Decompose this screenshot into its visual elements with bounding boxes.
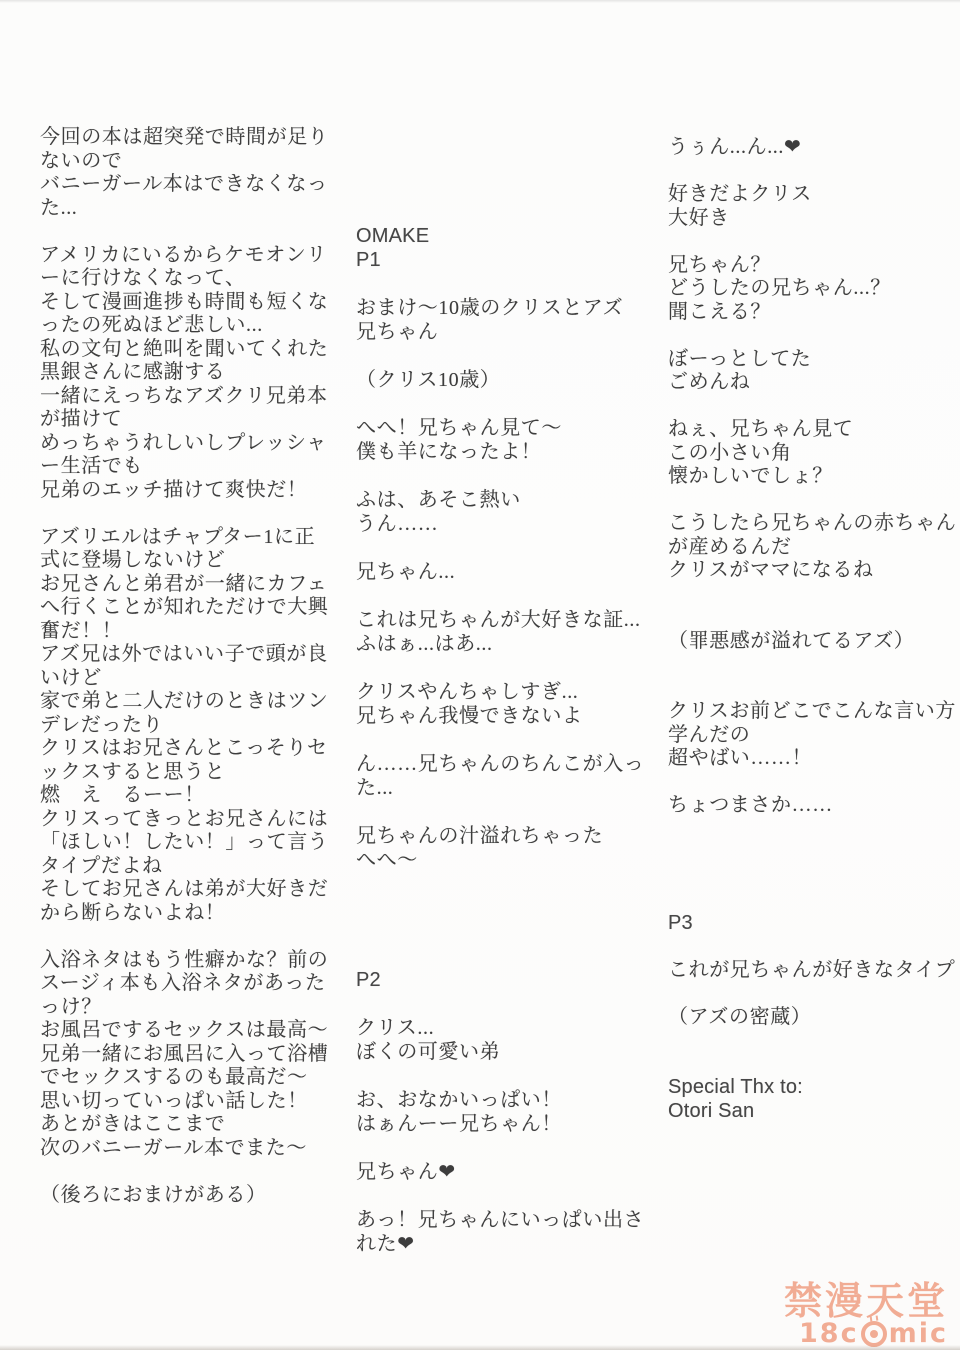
text-line: 兄ちゃん？ bbox=[668, 254, 960, 278]
text-line: 兄ちゃん... bbox=[356, 560, 668, 584]
text-line: 兄ちゃん bbox=[356, 320, 668, 344]
text-line bbox=[356, 344, 668, 368]
text-line: ーに行けなくなって、 bbox=[40, 267, 352, 291]
text-line: 今回の本は超突発で時間が足り bbox=[40, 126, 352, 150]
text-line: タイプだよね bbox=[40, 855, 352, 879]
text-line: P3 bbox=[668, 912, 960, 936]
text-line: 兄ちゃん我慢できないよ bbox=[356, 704, 668, 728]
text-line: お兄さんと弟君が一緒にカフェ bbox=[40, 573, 352, 597]
text-line bbox=[356, 800, 668, 824]
text-line bbox=[356, 656, 668, 680]
text-line: 兄弟のエッチ描けて爽快だ！ bbox=[40, 479, 352, 503]
text-line: デレだったり bbox=[40, 714, 352, 738]
text-line: クリスやんちゃしすぎ... bbox=[356, 680, 668, 704]
text-line bbox=[668, 1029, 960, 1053]
scan-bottom-edge-artifact bbox=[0, 1345, 960, 1350]
text-line: ごめんね bbox=[668, 371, 960, 395]
text-line bbox=[668, 865, 960, 889]
text-line: 超やばい……！ bbox=[668, 747, 960, 771]
text-line: バニーガール本はできなくなっ bbox=[40, 173, 352, 197]
text-line: 懐かしいでしょ？ bbox=[668, 465, 960, 489]
text-line: いけど bbox=[40, 667, 352, 691]
text-line: ちょつまさか…… bbox=[668, 794, 960, 818]
text-line bbox=[356, 992, 668, 1016]
text-line bbox=[356, 1184, 668, 1208]
text-line: お風呂でするセックスは最高～ bbox=[40, 1019, 352, 1043]
text-line: 次のバニーガール本でまた～ bbox=[40, 1137, 352, 1161]
text-line: （クリス10歳） bbox=[356, 368, 668, 392]
text-line: ないので bbox=[40, 150, 352, 174]
text-line bbox=[356, 944, 668, 968]
text-line: た... bbox=[40, 197, 352, 221]
text-line: これは兄ちゃんが大好きな証... bbox=[356, 608, 668, 632]
text-line: 私の文句と絶叫を聞いてくれた bbox=[40, 338, 352, 362]
text-line: アズリエルはチャプター1に正 bbox=[40, 526, 352, 550]
text-line: 兄ちゃん❤ bbox=[356, 1160, 668, 1184]
text-line: この小さい角 bbox=[668, 442, 960, 466]
text-line: そして漫画進捗も時間も短くな bbox=[40, 291, 352, 315]
text-line bbox=[356, 1064, 668, 1088]
text-line bbox=[668, 653, 960, 677]
text-line bbox=[668, 935, 960, 959]
text-line: ぼくの可愛い弟 bbox=[356, 1040, 668, 1064]
text-line: おまけ～10歳のクリスとアズ bbox=[356, 296, 668, 320]
text-line: （罪悪感が溢れてるアズ） bbox=[668, 630, 960, 654]
text-line: うん…… bbox=[356, 512, 668, 536]
text-line bbox=[668, 489, 960, 513]
text-line: へへ～ bbox=[356, 848, 668, 872]
text-line bbox=[668, 888, 960, 912]
text-line bbox=[668, 771, 960, 795]
text-line bbox=[356, 392, 668, 416]
omake-script-column-right: うぅん...ん...❤ 好きだよクリス大好き 兄ちゃん？どうしたの兄ちゃん...… bbox=[668, 136, 960, 1123]
watermark: 禁漫天堂 18c mic bbox=[784, 1283, 948, 1347]
text-line: へへ！兄ちゃん見て～ bbox=[356, 416, 668, 440]
text-line: クリスってきっとお兄さんには bbox=[40, 808, 352, 832]
watermark-mic-text: mic bbox=[889, 1320, 948, 1347]
text-line bbox=[40, 1160, 352, 1184]
text-line: 僕も羊になったよ！ bbox=[356, 440, 668, 464]
text-line: ったの死ぬほど悲しい... bbox=[40, 314, 352, 338]
text-line: 学んだの bbox=[668, 724, 960, 748]
text-line: から断らないよね！ bbox=[40, 902, 352, 926]
text-line: これが兄ちゃんが好きなタイプ bbox=[668, 959, 960, 983]
text-line: ふは、あそこ熱い bbox=[356, 488, 668, 512]
text-line bbox=[668, 841, 960, 865]
text-line: 一緒にえっちなアズクリ兄弟本 bbox=[40, 385, 352, 409]
text-line: ー生活でも bbox=[40, 455, 352, 479]
text-line bbox=[356, 728, 668, 752]
text-line: 大好き bbox=[668, 207, 960, 231]
text-line: ふはぁ...はあ... bbox=[356, 632, 668, 656]
text-line: ん……兄ちゃんのちんこが入っ bbox=[356, 752, 668, 776]
fish-mascot-icon bbox=[861, 1321, 887, 1347]
text-line: 式に登場しないけど bbox=[40, 549, 352, 573]
text-line bbox=[668, 160, 960, 184]
text-line bbox=[668, 982, 960, 1006]
text-line bbox=[356, 536, 668, 560]
text-line: た... bbox=[356, 776, 668, 800]
text-line bbox=[40, 925, 352, 949]
text-line: 好きだよクリス bbox=[668, 183, 960, 207]
text-line: ぼーっとしてた bbox=[668, 348, 960, 372]
text-line: アズ兄は外ではいい子で頭が良 bbox=[40, 643, 352, 667]
text-line: でセックスするのも最高だ～ bbox=[40, 1066, 352, 1090]
text-line: P1 bbox=[356, 248, 668, 272]
scanned-afterword-page: 今回の本は超突発で時間が足りないのでバニーガール本はできなくなった... アメリ… bbox=[0, 0, 960, 1350]
afterword-text-column: 今回の本は超突発で時間が足りないのでバニーガール本はできなくなった... アメリ… bbox=[40, 126, 352, 1207]
text-line: 燃 え るーー！ bbox=[40, 784, 352, 808]
text-line: クリスがママになるね bbox=[668, 559, 960, 583]
text-line bbox=[40, 220, 352, 244]
text-line: 黒銀さんに感謝する bbox=[40, 361, 352, 385]
text-line: 兄ちゃんの汁溢れちゃった bbox=[356, 824, 668, 848]
text-line: っけ？ bbox=[40, 996, 352, 1020]
text-line: スージィ本も入浴ネタがあった bbox=[40, 972, 352, 996]
text-line: （後ろにおまけがある） bbox=[40, 1184, 352, 1208]
omake-script-column-p1-p2: OMAKEP1 おまけ～10歳のクリスとアズ兄ちゃん （クリス10歳） へへ！兄… bbox=[356, 224, 668, 1256]
text-line: が産めるんだ bbox=[668, 536, 960, 560]
text-line: ックスすると思うと bbox=[40, 761, 352, 785]
text-line: Special Thx to: bbox=[668, 1076, 960, 1100]
text-line: うぅん...ん...❤ bbox=[668, 136, 960, 160]
text-line: へ行くことが知れただけで大興 bbox=[40, 596, 352, 620]
text-line bbox=[356, 872, 668, 896]
text-line: 兄弟一緒にお風呂に入って浴槽 bbox=[40, 1043, 352, 1067]
text-line: れた❤ bbox=[356, 1232, 668, 1256]
scan-top-edge-artifact bbox=[0, 0, 960, 3]
text-line bbox=[668, 1053, 960, 1077]
watermark-18c-text: 18c bbox=[799, 1320, 859, 1347]
text-line: あとがきはここまで bbox=[40, 1113, 352, 1137]
text-line: ねぇ、兄ちゃん見て bbox=[668, 418, 960, 442]
text-line: P2 bbox=[356, 968, 668, 992]
text-line: あっ！兄ちゃんにいっぱい出さ bbox=[356, 1208, 668, 1232]
text-line: クリス... bbox=[356, 1016, 668, 1040]
text-line: 奮だ！！ bbox=[40, 620, 352, 644]
watermark-brand-cn: 禁漫天堂 bbox=[784, 1283, 948, 1319]
text-line: アメリカにいるからケモオンリ bbox=[40, 244, 352, 268]
text-line: お、おなかいっぱい！ bbox=[356, 1088, 668, 1112]
text-line bbox=[356, 464, 668, 488]
text-line: 思い切っていっぱい話した！ bbox=[40, 1090, 352, 1114]
text-line bbox=[40, 502, 352, 526]
text-line: そしてお兄さんは弟が大好きだ bbox=[40, 878, 352, 902]
text-line bbox=[668, 395, 960, 419]
watermark-brand-18comic: 18c mic bbox=[784, 1320, 948, 1347]
text-line: はぁんーー兄ちゃん！ bbox=[356, 1112, 668, 1136]
text-line: Otori San bbox=[668, 1100, 960, 1124]
text-line: （アズの密蔵） bbox=[668, 1006, 960, 1030]
text-line bbox=[356, 1136, 668, 1160]
text-line: こうしたら兄ちゃんの赤ちゃん bbox=[668, 512, 960, 536]
text-line bbox=[668, 583, 960, 607]
text-line: 入浴ネタはもう性癖かな？前の bbox=[40, 949, 352, 973]
text-line: OMAKE bbox=[356, 224, 668, 248]
text-line bbox=[668, 324, 960, 348]
text-line bbox=[356, 920, 668, 944]
text-line: 家で弟と二人だけのときはツン bbox=[40, 690, 352, 714]
text-line: が描けて bbox=[40, 408, 352, 432]
text-line: 「ほしい！したい！」って言う bbox=[40, 831, 352, 855]
text-line: どうしたの兄ちゃん...？ bbox=[668, 277, 960, 301]
text-line bbox=[668, 230, 960, 254]
text-line: クリスお前どこでこんな言い方 bbox=[668, 700, 960, 724]
text-line: めっちゃうれしいしプレッシャ bbox=[40, 432, 352, 456]
text-line bbox=[668, 818, 960, 842]
text-line bbox=[356, 272, 668, 296]
text-line: クリスはお兄さんとこっそりセ bbox=[40, 737, 352, 761]
text-line bbox=[668, 677, 960, 701]
text-line bbox=[356, 584, 668, 608]
text-line bbox=[668, 606, 960, 630]
text-line: 聞こえる？ bbox=[668, 301, 960, 325]
text-line bbox=[356, 896, 668, 920]
